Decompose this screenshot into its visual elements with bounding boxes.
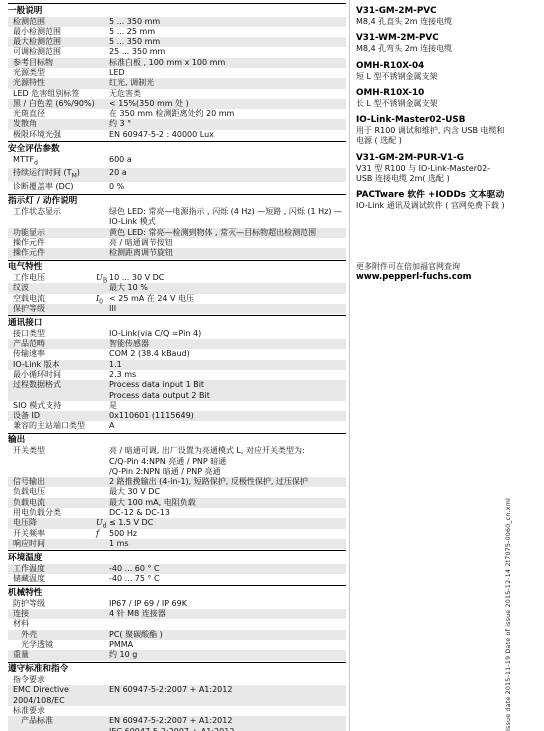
spec-value: 最大 30 V DC [109, 487, 346, 497]
spec-label: 负载电流 [8, 498, 109, 508]
spec-label: IO-Link 版本 [8, 360, 109, 370]
spec-value: LED [109, 68, 346, 78]
spec-label: 指令要求 [8, 675, 109, 685]
section-title: 输出 [8, 433, 346, 447]
spec-row: LED 危害组别标签无危害类 [8, 89, 346, 99]
spec-row: 保护等级III [8, 304, 346, 314]
spec-label: 极限环境光强 [8, 130, 109, 140]
spec-value: 2.3 ms [109, 370, 346, 380]
accessory-name: V31-GM-2M-PUR-V1-G [356, 153, 506, 164]
spec-row: 功能显示黄色 LED: 常亮—检测到物体 , 常灭—目标物超出检测范围 [8, 228, 346, 238]
spec-value: 亮 / 暗通可调, 出厂设置为亮通模式 L, 对应开关类型为:C/Q-Pin 4… [109, 446, 346, 477]
accessories-list: V31-GM-2M-PVCM8,4 孔直头 2m 连接电缆V31-WM-2M-P… [356, 6, 506, 212]
spec-label: 检测范围 [8, 17, 109, 27]
spec-row: 开关频率f500 Hz [8, 529, 346, 539]
spec-value: EN 60947-5-2:2007 + A1:2012IEC 60947-5-2… [109, 716, 346, 731]
accessory-item: PACTware 软件 +IODDs 文本驱动IO-Link 通讯及调试软件 (… [356, 190, 506, 211]
spec-row: 光学透镜PMMA [8, 640, 346, 650]
accessory-item: V31-GM-2M-PUR-V1-GV31 型 R100 与 IO-Link-M… [356, 153, 506, 185]
spec-value: PMMA [109, 640, 346, 650]
spec-value: IO-Link(via C/Q =Pin 4) [109, 329, 346, 339]
accessory-item: IO-Link-Master02-USB用于 R100 调试和维护, 内含 US… [356, 115, 506, 147]
accessories-column: V31-GM-2M-PVCM8,4 孔直头 2m 连接电缆V31-WM-2M-P… [356, 6, 506, 283]
section-title: 电气特性 [8, 260, 346, 274]
spec-row: 工作电压UB10 ... 30 V DC [8, 273, 346, 283]
section-title: 指示灯 / 动作说明 [8, 194, 346, 208]
column-divider [349, 0, 350, 731]
spec-value: 检测距离调节旋钮 [109, 248, 346, 258]
section-title: 一般说明 [8, 3, 346, 17]
spec-value: -40 ... 60 ° C [109, 564, 346, 574]
spec-label: 过程数据格式 [8, 380, 109, 401]
spec-row: 极限环境光强EN 60947-5-2 : 40000 Lux [8, 130, 346, 140]
spec-value: 约 10 g [109, 650, 346, 660]
spec-row: 可调检测范围25 ... 350 mm [8, 47, 346, 57]
spec-label: 光源类型 [8, 68, 109, 78]
spec-row: 传输速率COM 2 (38.4 kBaud) [8, 349, 346, 359]
spec-value: DC-12 & DC-13 [109, 508, 346, 518]
spec-label: 最小循环时间 [8, 370, 109, 380]
spec-label: 标准要求 [8, 706, 109, 716]
spec-value: 是 [109, 401, 346, 411]
spec-row: 防护等级IP67 / IP 69 / IP 69K [8, 599, 346, 609]
spec-value: 600 a [109, 155, 346, 169]
spec-label: EMC Directive 2004/108/EC [8, 685, 109, 706]
spec-row: 负载电流最大 100 mA, 电阻负载 [8, 498, 346, 508]
spec-row: 操作元件亮 / 暗通调节按钮 [8, 238, 346, 248]
spec-value: PC( 聚碳酸酯 ) [109, 630, 346, 640]
spec-row: 光斑直径在 350 mm 检测距离处约 20 mm [8, 109, 346, 119]
spec-label: 诊断覆盖率 (DC) [8, 182, 109, 192]
accessory-description: V31 型 R100 与 IO-Link-Master02-USB 连接电缆 2… [356, 164, 506, 185]
spec-label: 空载电流I0 [8, 294, 109, 304]
accessories-note: 更多附件可在倍加福官网查询 [356, 262, 506, 273]
spec-row: 黑 / 白色差 (6%/90%)< 15%(350 mm 处 ) [8, 99, 346, 109]
spec-row: 最小循环时间2.3 ms [8, 370, 346, 380]
spec-row: 光源特性红光, 调制光 [8, 78, 346, 88]
spec-value: 绿色 LED: 常亮—电源指示 , 闪烁 (4 Hz) —短路 , 闪烁 (1 … [109, 207, 346, 228]
spec-label: 外壳 [8, 630, 109, 640]
spec-value [109, 706, 346, 716]
spec-label: MTTFd [8, 155, 109, 169]
spec-value: A [109, 421, 346, 431]
spec-label: SIO 模式支持 [8, 401, 109, 411]
spec-row: 持续运行时间 (TM)20 a [8, 168, 346, 182]
section-title: 安全评估参数 [8, 141, 346, 155]
spec-row: MTTFd600 a [8, 155, 346, 169]
spec-value: 标准白板 , 100 mm x 100 mm [109, 58, 346, 68]
spec-row: IO-Link 版本1.1 [8, 360, 346, 370]
spec-row: 兼容的主站端口类型A [8, 421, 346, 431]
spec-label: 防护等级 [8, 599, 109, 609]
accessory-item: OMH-R10X-04短 L 型不锈钢金属支架 [356, 61, 506, 82]
spec-label: 开关频率f [8, 529, 109, 539]
spec-row: 指令要求 [8, 675, 346, 685]
spec-row: 标准要求 [8, 706, 346, 716]
accessory-description: M8,4 孔弯头 2m 连接电缆 [356, 44, 506, 54]
spec-value: 5 ... 350 mm [109, 17, 346, 27]
spec-value [109, 619, 346, 629]
spec-label: 操作元件 [8, 248, 109, 258]
accessory-description: IO-Link 通讯及调试软件 ( 官网免费下载 ) [356, 201, 506, 211]
spec-value: 红光, 调制光 [109, 78, 346, 88]
spec-label: 材料 [8, 619, 109, 629]
spec-value: 无危害类 [109, 89, 346, 99]
spec-label: 光源特性 [8, 78, 109, 88]
spec-label: 开关类型 [8, 446, 109, 477]
spec-label: 产品标准 [8, 716, 109, 731]
spec-row: 响应时间1 ms [8, 539, 346, 549]
spec-label: 传输速率 [8, 349, 109, 359]
spec-value: 20 a [109, 168, 346, 182]
accessory-name: IO-Link-Master02-USB [356, 115, 506, 126]
spec-value: 25 ... 350 mm [109, 47, 346, 57]
spec-row: EMC Directive 2004/108/ECEN 60947-5-2:20… [8, 685, 346, 706]
website-link[interactable]: www.pepperl-fuchs.com [356, 272, 506, 283]
spec-label: 保护等级 [8, 304, 109, 314]
spec-label: 兼容的主站端口类型 [8, 421, 109, 431]
spec-value: 亮 / 暗通调节按钮 [109, 238, 346, 248]
spec-value: 智能传感器 [109, 339, 346, 349]
spec-label: 光学透镜 [8, 640, 109, 650]
spec-row: 材料 [8, 619, 346, 629]
spec-symbol: f [96, 529, 99, 539]
spec-label: 黑 / 白色差 (6%/90%) [8, 99, 109, 109]
spec-row: 最大检测范围5 ... 350 mm [8, 37, 346, 47]
accessory-name: V31-WM-2M-PVC [356, 33, 506, 44]
spec-label: 工作电压UB [8, 273, 109, 283]
spec-value: 10 ... 30 V DC [109, 273, 346, 283]
spec-value: 5 ... 350 mm [109, 37, 346, 47]
spec-row: 工作温度-40 ... 60 ° C [8, 564, 346, 574]
spec-row: 设备 ID0x110601 (1115649) [8, 411, 346, 421]
spec-label: 产品范畴 [8, 339, 109, 349]
spec-label: 功能显示 [8, 228, 109, 238]
spec-row: SIO 模式支持是 [8, 401, 346, 411]
spec-row: 信号输出2 路推挽输出 (4-in-1), 短路保护, 反极性保护, 过压保护 [8, 477, 346, 487]
spec-row: 电压降Ud≤ 1.5 V DC [8, 518, 346, 528]
accessory-description: 用于 R100 调试和维护, 内含 USB 电缆和电源 ( 选配 ) [356, 126, 506, 147]
spec-row: 过程数据格式Process data input 1 BitProcess da… [8, 380, 346, 401]
spec-label: 负载电压 [8, 487, 109, 497]
section-title: 通讯接口 [8, 315, 346, 329]
spec-value: < 25 mA 在 24 V 电压 [109, 294, 346, 304]
spec-value: 黄色 LED: 常亮—检测到物体 , 常灭—目标物超出检测范围 [109, 228, 346, 238]
spec-label: 发散角 [8, 119, 109, 129]
spec-row: 参考目标物标准白板 , 100 mm x 100 mm [8, 58, 346, 68]
accessory-item: V31-GM-2M-PVCM8,4 孔直头 2m 连接电缆 [356, 6, 506, 27]
spec-label: 参考目标物 [8, 58, 109, 68]
section-title: 遵守标准和指令 [8, 662, 346, 676]
spec-row: 工作状态显示绿色 LED: 常亮—电源指示 , 闪烁 (4 Hz) —短路 , … [8, 207, 346, 228]
spec-label: 光斑直径 [8, 109, 109, 119]
accessory-name: V31-GM-2M-PVC [356, 6, 506, 17]
spec-label: 最大检测范围 [8, 37, 109, 47]
spec-label: 连接 [8, 609, 109, 619]
spec-label: 工作状态显示 [8, 207, 109, 228]
spec-value: < 15%(350 mm 处 ) [109, 99, 346, 109]
spec-row: 光源类型LED [8, 68, 346, 78]
spec-value: -40 ... 75 ° C [109, 574, 346, 584]
accessory-name: OMH-R10X-04 [356, 61, 506, 72]
spec-value: 最大 100 mA, 电阻负载 [109, 498, 346, 508]
spec-row: 发散角约 3 ° [8, 119, 346, 129]
spec-table: 一般说明检测范围5 ... 350 mm最小检测范围5 ... 25 mm最大检… [8, 2, 346, 731]
spec-label: 用电负载分类 [8, 508, 109, 518]
spec-value [109, 675, 346, 685]
spec-value: III [109, 304, 346, 314]
spec-value: EN 60947-5-2 : 40000 Lux [109, 130, 346, 140]
accessory-description: 长 L 型不锈钢金属支架 [356, 99, 506, 109]
spec-value: 1 ms [109, 539, 346, 549]
spec-value: 最大 10 % [109, 283, 346, 293]
spec-label: 工作温度 [8, 564, 109, 574]
spec-value: 4 针 M8 连接器 [109, 609, 346, 619]
spec-label: 储藏温度 [8, 574, 109, 584]
spec-row: 用电负载分类DC-12 & DC-13 [8, 508, 346, 518]
spec-row: 接口类型IO-Link(via C/Q =Pin 4) [8, 329, 346, 339]
section-title: 机械特性 [8, 585, 346, 599]
spec-value: 0 % [109, 182, 346, 192]
spec-row: 储藏温度-40 ... 75 ° C [8, 574, 346, 584]
spec-row: 纹波最大 10 % [8, 283, 346, 293]
spec-label: 接口类型 [8, 329, 109, 339]
spec-value: ≤ 1.5 V DC [109, 518, 346, 528]
spec-row: 检测范围5 ... 350 mm [8, 17, 346, 27]
accessory-description: M8,4 孔直头 2m 连接电缆 [356, 17, 506, 27]
accessory-description: 短 L 型不锈钢金属支架 [356, 72, 506, 82]
accessory-item: OMH-R10X-10长 L 型不锈钢金属支架 [356, 88, 506, 109]
spec-label: 电压降Ud [8, 518, 109, 528]
spec-value: 0x110601 (1115649) [109, 411, 346, 421]
spec-label: 设备 ID [8, 411, 109, 421]
spec-row: 诊断覆盖率 (DC)0 % [8, 182, 346, 192]
spec-label: 纹波 [8, 283, 109, 293]
spec-value: 1.1 [109, 360, 346, 370]
spec-value: 约 3 ° [109, 119, 346, 129]
spec-row: 产品标准EN 60947-5-2:2007 + A1:2012IEC 60947… [8, 716, 346, 731]
spec-label: 响应时间 [8, 539, 109, 549]
spec-label: LED 危害组别标签 [8, 89, 109, 99]
spec-row: 负载电压最大 30 V DC [8, 487, 346, 497]
accessory-name: OMH-R10X-10 [356, 88, 506, 99]
spec-row: 外壳PC( 聚碳酸酯 ) [8, 630, 346, 640]
spec-row: 连接4 针 M8 连接器 [8, 609, 346, 619]
spec-row: 空载电流I0< 25 mA 在 24 V 电压 [8, 294, 346, 304]
spec-row: 产品范畴智能传感器 [8, 339, 346, 349]
accessory-item: V31-WM-2M-PVCM8,4 孔弯头 2m 连接电缆 [356, 33, 506, 54]
spec-value: COM 2 (38.4 kBaud) [109, 349, 346, 359]
spec-value: Process data input 1 BitProcess data out… [109, 380, 346, 401]
section-title: 环境温度 [8, 550, 346, 564]
spec-row: 操作元件检测距离调节旋钮 [8, 248, 346, 258]
spec-label: 可调检测范围 [8, 47, 109, 57]
spec-row: 最小检测范围5 ... 25 mm [8, 27, 346, 37]
spec-label: 信号输出 [8, 477, 109, 487]
spec-value: 2 路推挽输出 (4-in-1), 短路保护, 反极性保护, 过压保护 [109, 477, 346, 487]
spec-row: 开关类型亮 / 暗通可调, 出厂设置为亮通模式 L, 对应开关类型为:C/Q-P… [8, 446, 346, 477]
spec-row: 重量约 10 g [8, 650, 346, 660]
datasheet-page: 一般说明检测范围5 ... 350 mm最小检测范围5 ... 25 mm最大检… [0, 0, 544, 731]
spec-label: 最小检测范围 [8, 27, 109, 37]
spec-value: EN 60947-5-2:2007 + A1:2012 [109, 685, 346, 706]
spec-label: 操作元件 [8, 238, 109, 248]
accessory-name: PACTware 软件 +IODDs 文本驱动 [356, 190, 506, 201]
spec-value: 5 ... 25 mm [109, 27, 346, 37]
spec-value: IP67 / IP 69 / IP 69K [109, 599, 346, 609]
spec-value: 500 Hz [109, 529, 346, 539]
spec-value: 在 350 mm 检测距离处约 20 mm [109, 109, 346, 119]
spec-label: 持续运行时间 (TM) [8, 168, 109, 182]
document-edition-vertical-text: Issue date 2015-11-19 Date of issue 2015… [505, 498, 512, 731]
spec-label: 重量 [8, 650, 109, 660]
